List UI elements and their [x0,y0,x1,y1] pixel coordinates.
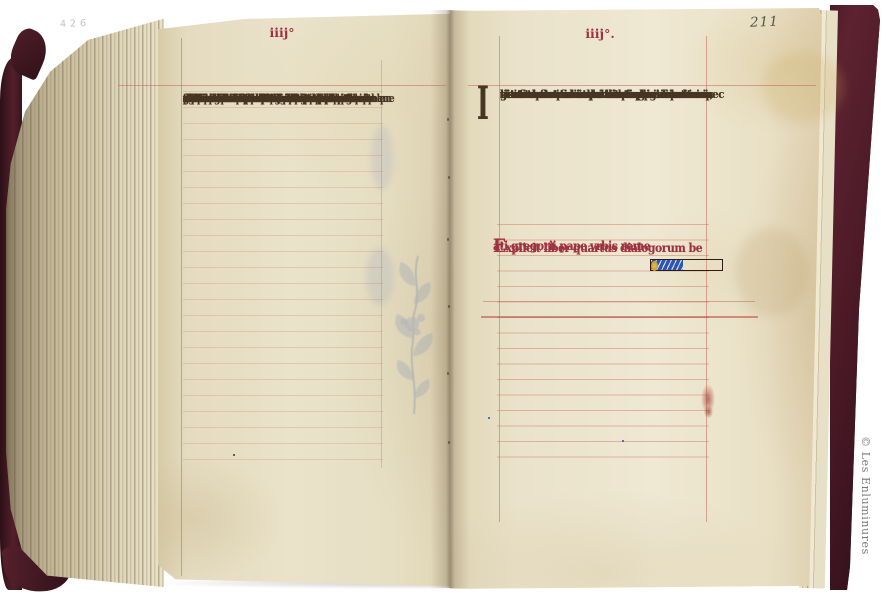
stitch-dot [447,238,449,241]
ruling-line-vertical [181,38,182,576]
ruled-line-wide [483,301,755,302]
blue-speck [488,417,490,419]
ruled-line-wide [481,316,758,318]
stitch-dot [448,176,450,179]
running-header-right: iiij°. [578,26,622,41]
decorated-initial: I [477,80,489,126]
parchment-stain [762,52,844,122]
stitch-dot [447,372,449,375]
stitch-dot [447,118,449,121]
folio-number: 211 [750,13,791,30]
ruling-line-top-right [468,85,816,86]
parchment-stain [735,228,809,316]
manuscript-text-line: tenciam dimissum fuisse gaudebamus. [183,90,362,106]
ruling-line-top-left [118,85,446,86]
pencil-inscription: 426 [60,17,116,30]
page-edges-left [6,14,164,590]
blue-speck [622,440,624,442]
manuscript-photo: 426 iiij° iiij°. 211 reconsiliari fratri… [0,0,890,600]
rubric-line: ati gregorii pape vrbis rome [493,238,650,254]
stitch-dot [448,441,450,444]
photo-credit: © Les Enluminures [859,436,872,555]
text-ruling-left [183,91,383,460]
filler-gold-dot [651,261,658,271]
manuscript-text-line: si ante mortem deo hostia ipsi fuerimus, [500,87,713,103]
line-filler-bar [650,259,723,271]
red-ink-blot [704,406,713,418]
running-header-left: iiij° [252,25,312,40]
ink-speck [233,454,235,456]
stitch-dot [448,305,450,308]
marginal-floral-showthrough [390,252,446,417]
